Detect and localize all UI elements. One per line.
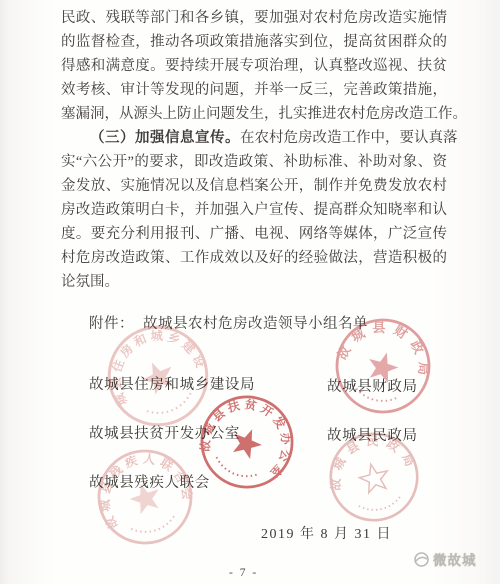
body-line: 民政、残联等部门和各乡镇，要加强对农村危房改造实施情况 [61, 6, 447, 30]
attachment-title: 故城县农村危房改造领导小组名单 [143, 316, 368, 332]
section-heading: （三）加强信息宣传。 [90, 130, 240, 146]
body-text: 民政、残联等部门和各乡镇，要加强对农村危房改造实施情况 的监督检查，推动各项政策… [61, 6, 447, 294]
body-line: 效考核、审计等发现的问题，并举一反三，完善政策措施，堵 [61, 78, 447, 102]
seal-ring [87, 439, 203, 555]
signature-housing-bureau: 故城县住房和城乡建设局 [89, 376, 255, 394]
body-line: 的监督检查，推动各项政策措施落实到位，提高贫困群众的获 [61, 30, 447, 54]
seal-serial-dots [359, 495, 403, 514]
signature-poverty-alleviation-office: 故城县扶贫开发办公室 [89, 425, 240, 443]
body-line: 房改造政策明白卡，并加强入户宣传、提高群众知晓率和认可 [61, 198, 447, 222]
signature-disabled-federation: 故城县残疾人联会 [89, 474, 210, 492]
document-page: 民政、残联等部门和各乡镇，要加强对农村危房改造实施情况 的监督检查，推动各项政策… [0, 0, 500, 584]
watermark-text: 微故城 [433, 549, 477, 569]
body-line-section: （三）加强信息宣传。在农村危房改造工作中，要认真落 [61, 126, 447, 150]
attachment-label: 附件： [89, 316, 134, 332]
official-seal-disabled-federation: 故城县残疾人联合会 [82, 434, 208, 560]
body-line: 得感和满意度。要持续开展专项治理，认真整改巡视、扶贫成 [61, 54, 447, 78]
watermark: 微故城 [413, 549, 477, 569]
signature-finance-bureau: 故城县财政局 [327, 378, 418, 396]
document-date: 2019 年 8 月 31 日 [261, 523, 392, 543]
attachment-line: 附件：故城县农村危房改造领导小组名单 [89, 314, 368, 334]
seal-serial-dots [213, 457, 258, 482]
seal-serial-dots [131, 515, 178, 538]
body-line: 金发放、实施情况以及信息档案公开，制作并免费发放农村危 [61, 174, 447, 198]
body-line: 论氛围。 [61, 270, 447, 294]
body-line: 村危房改造政策、工作成效以及好的经验做法，营造积极的舆 [61, 246, 447, 270]
page-number: - 7 - [229, 567, 258, 579]
body-line: 塞漏洞，从源头上防止问题发生，扎实推进农村危房改造工作。 [61, 102, 447, 126]
seal-serial-dots [147, 391, 195, 420]
body-line: 度。要充分利用报刊、广播、电视、网络等媒体，广泛宣传农 [61, 222, 447, 246]
watermark-logo-icon [413, 552, 430, 567]
body-line: 实“六公开”的要求，即改造政策、补助标准、补助对象、资 [61, 150, 447, 174]
seal-star-icon [357, 461, 391, 494]
section-heading-rest: 在农村危房改造工作中，要认真落 [240, 130, 458, 146]
signature-civil-affairs-bureau: 故城县民政局 [327, 427, 418, 445]
